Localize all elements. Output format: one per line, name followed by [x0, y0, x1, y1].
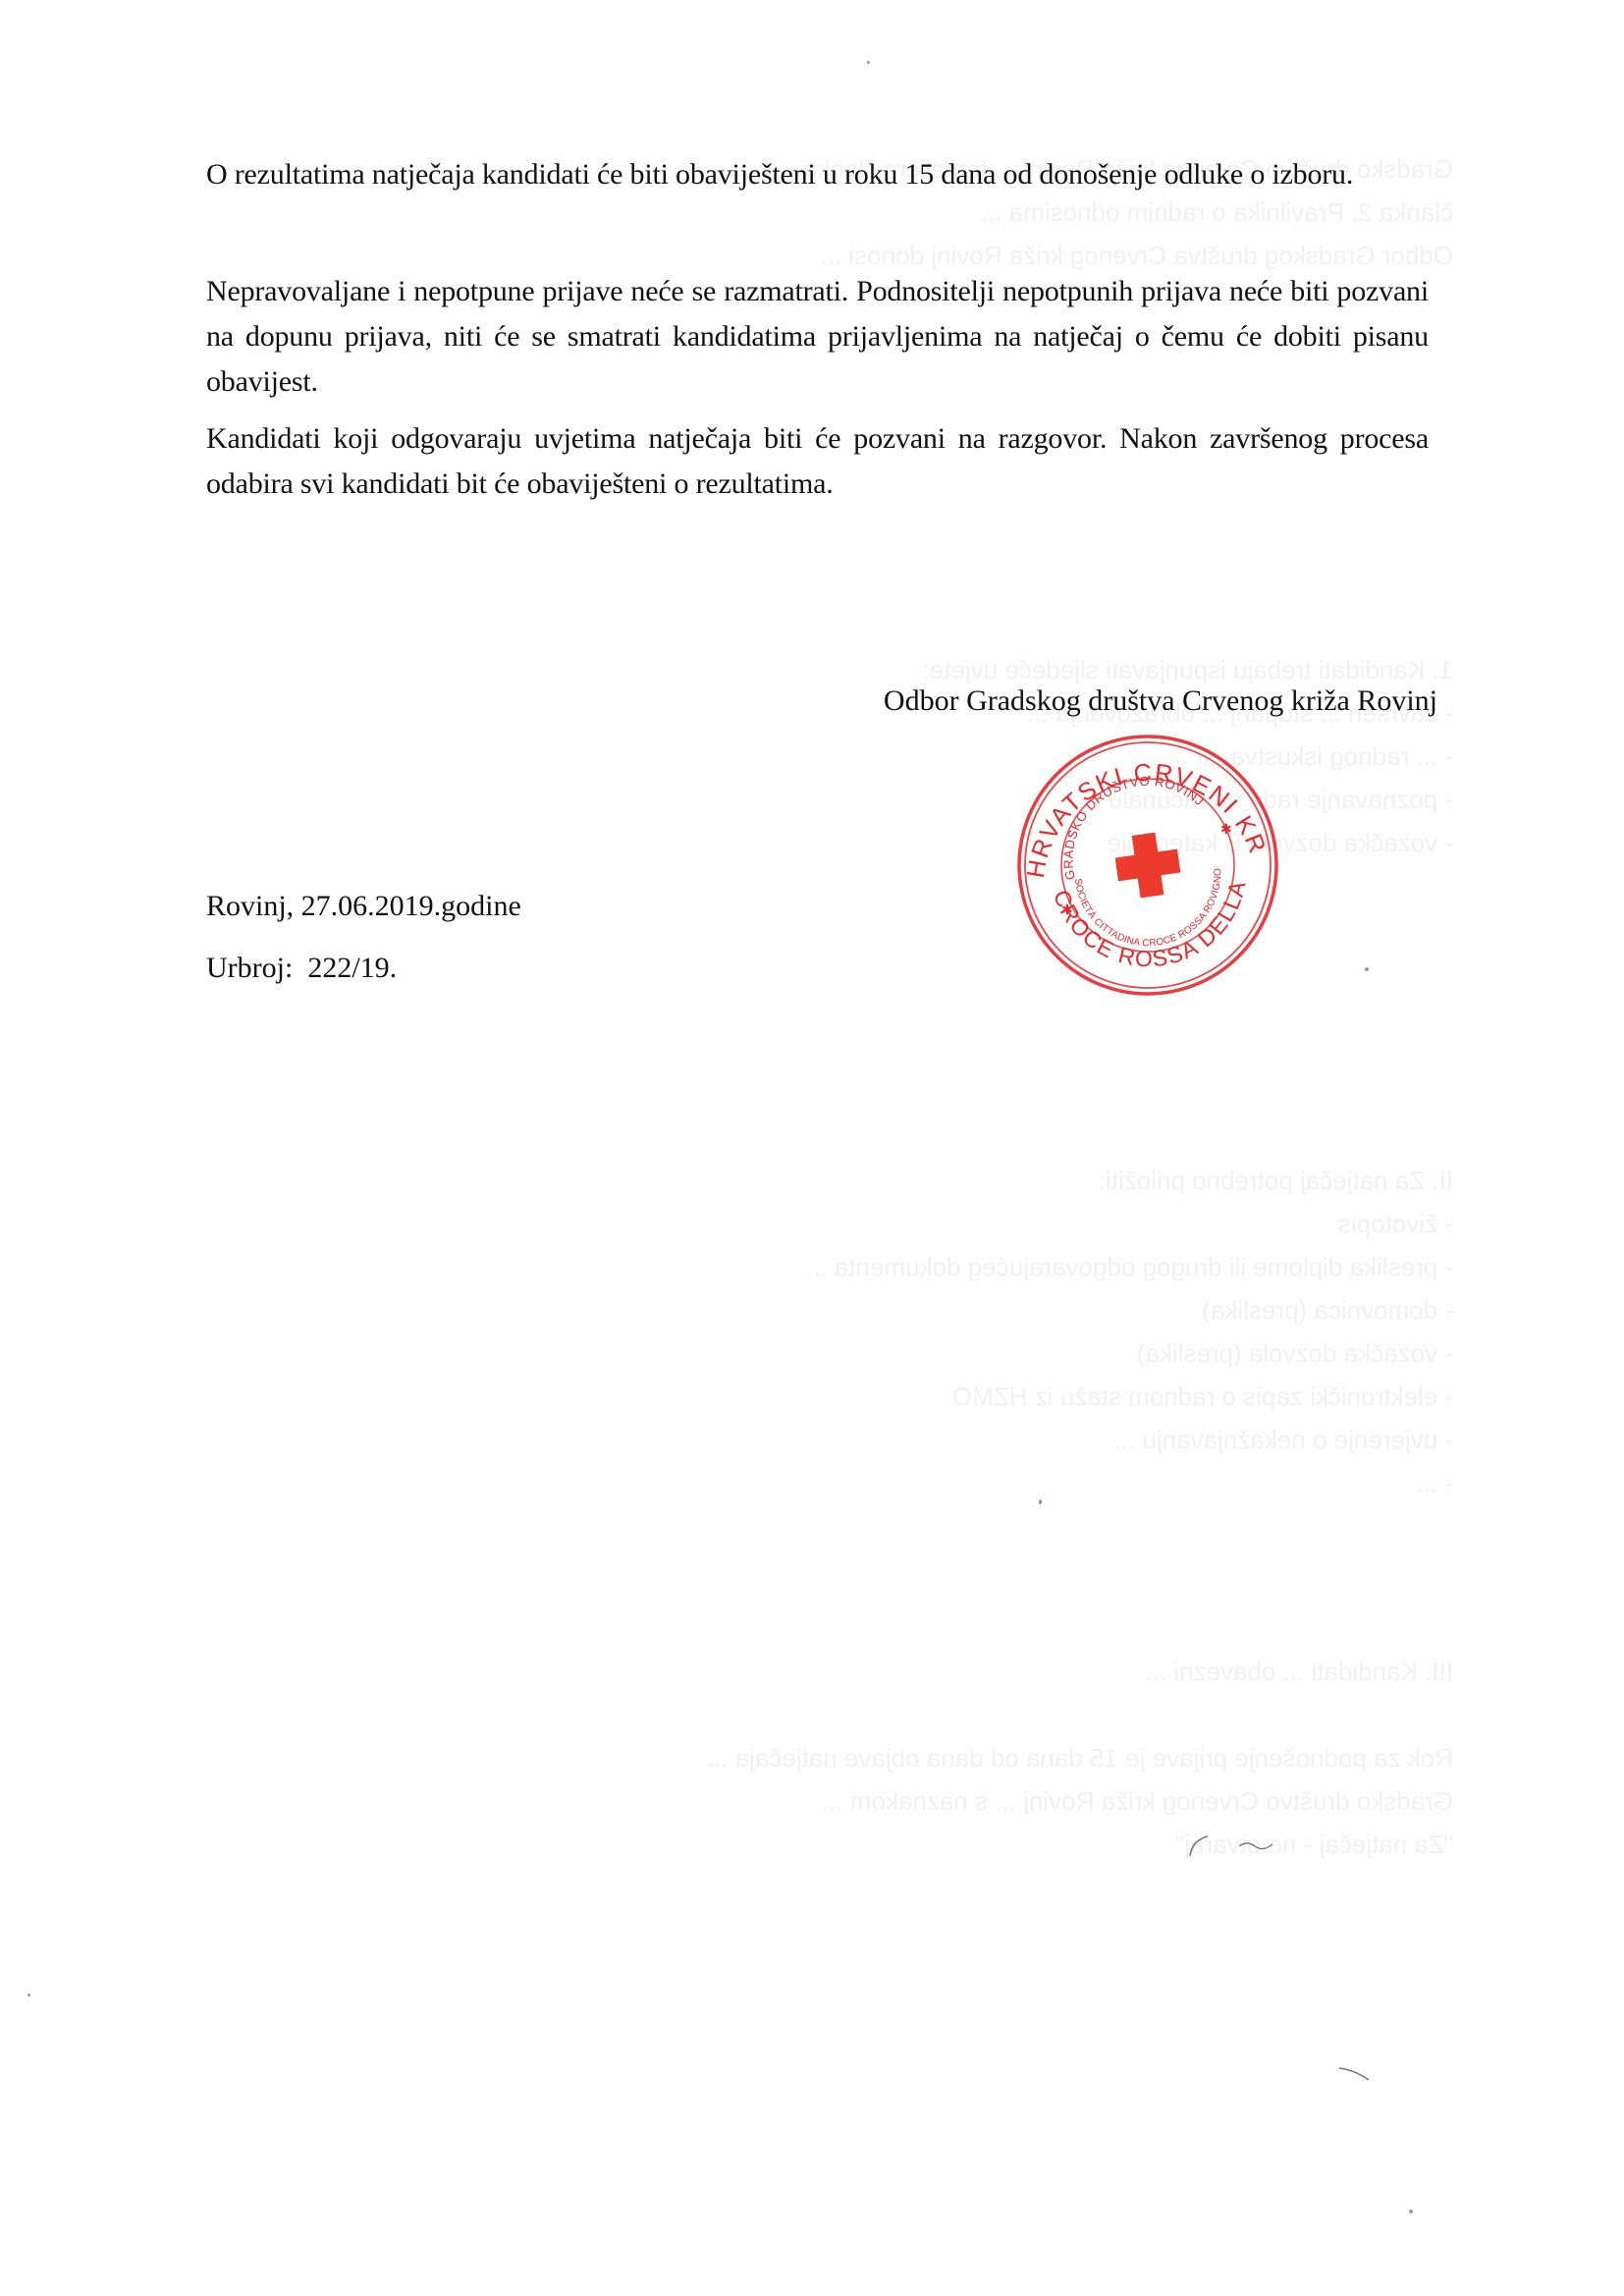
show-through-line: - preslika diplome ili drugog odgovaraju…	[226, 1245, 1453, 1288]
signature-line: Odbor Gradskog društva Crvenog križa Rov…	[884, 682, 1437, 721]
place-and-date: Rovinj, 27.06.2019.godine	[206, 887, 521, 926]
pen-mark	[1178, 1827, 1296, 1866]
show-through-line: - životopis	[226, 1202, 1453, 1245]
red-cross-icon	[1112, 830, 1183, 901]
show-through-text: II. Za natječaj potrebno priložiti:- živ…	[226, 1159, 1453, 1504]
document-page: Gradsko društvo Crvenog križa Rovinj ...…	[0, 0, 1624, 2296]
red-cross-stamp: HRVATSKI CRVENI KRIŽ CROCE ROSSA DELLA C…	[1014, 732, 1281, 999]
show-through-line: - domovnica (preslika)	[226, 1288, 1453, 1332]
scan-speck	[867, 61, 870, 64]
show-through-line: Gradsko društvo Crvenog križa Rovinj ...…	[226, 1779, 1453, 1823]
show-through-line: - uvjerenje o nekažnjavanju ...	[226, 1418, 1453, 1461]
show-through-line: III. Kandidati ... obavezni ...	[226, 1650, 1453, 1693]
pen-mark	[1335, 2062, 1394, 2092]
scan-speck	[1409, 2210, 1413, 2214]
scan-speck	[27, 1994, 30, 1996]
show-through-line: II. Za natječaj potrebno priložiti:	[226, 1159, 1453, 1202]
show-through-line	[226, 1693, 1453, 1736]
scan-speck	[1365, 967, 1369, 971]
show-through-line: - vozačka dozvola (preslika)	[226, 1332, 1453, 1375]
show-through-line: - ...	[226, 1461, 1453, 1504]
paragraph-incomplete-applications: Nepravovaljane i nepotpune prijave neće …	[206, 269, 1429, 405]
registry-number: Urbroj: 222/19.	[206, 949, 397, 988]
svg-text:✱: ✱	[1061, 902, 1073, 917]
svg-text:✱: ✱	[1220, 821, 1232, 837]
show-through-line: Rok za podnošenje prijave je 15 dana od …	[226, 1736, 1453, 1779]
scan-speck	[1039, 1500, 1042, 1504]
paragraph-interview: Kandidati koji odgovaraju uvjetima natje…	[206, 416, 1429, 507]
paragraph-results-notice: O rezultatima natječaja kandidati će bit…	[206, 152, 1445, 197]
show-through-line: - elektronički zapis o radnom stažu iz H…	[226, 1375, 1453, 1418]
